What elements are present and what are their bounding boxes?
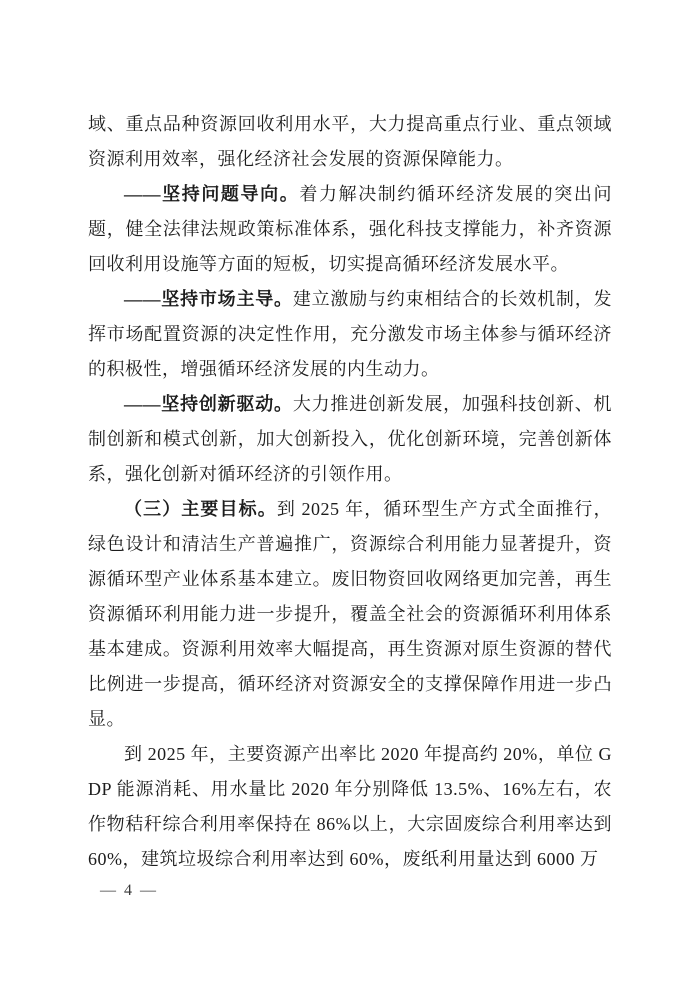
paragraph: ——坚持问题导向。着力解决制约循环经济发展的突出问题，健全法律法规政策标准体系，… <box>88 177 612 282</box>
paragraph: ——坚持创新驱动。大力推进创新发展，加强科技创新、机制创新和模式创新，加大创新投… <box>88 387 612 492</box>
document-page: 域、重点品种资源回收利用水平，大力提高重点行业、重点领域资源利用效率，强化经济社… <box>0 0 700 990</box>
paragraph-text: 域、重点品种资源回收利用水平，大力提高重点行业、重点领域资源利用效率，强化经济社… <box>88 114 612 169</box>
paragraph-lead: （三）主要目标。 <box>124 499 277 519</box>
paragraph-lead: ——坚持问题导向。 <box>124 184 299 204</box>
paragraph: 到 2025 年，主要资源产出率比 2020 年提高约 20%，单位 GDP 能… <box>88 737 612 877</box>
paragraph-text: 到 2025 年，循环型生产方式全面推行，绿色设计和清洁生产普遍推广，资源综合利… <box>88 499 612 729</box>
paragraph: （三）主要目标。到 2025 年，循环型生产方式全面推行，绿色设计和清洁生产普遍… <box>88 492 612 737</box>
paragraph-lead: ——坚持市场主导。 <box>124 289 293 309</box>
paragraph: 域、重点品种资源回收利用水平，大力提高重点行业、重点领域资源利用效率，强化经济社… <box>88 107 612 177</box>
page-number: — 4 — <box>100 880 158 902</box>
page-number-text: — 4 — <box>100 882 158 899</box>
paragraph: ——坚持市场主导。建立激励与约束相结合的长效机制，发挥市场配置资源的决定性作用，… <box>88 282 612 387</box>
paragraph-text: 到 2025 年，主要资源产出率比 2020 年提高约 20%，单位 GDP 能… <box>88 744 612 869</box>
paragraph-lead: ——坚持创新驱动。 <box>124 394 293 414</box>
document-body: 域、重点品种资源回收利用水平，大力提高重点行业、重点领域资源利用效率，强化经济社… <box>88 107 612 877</box>
